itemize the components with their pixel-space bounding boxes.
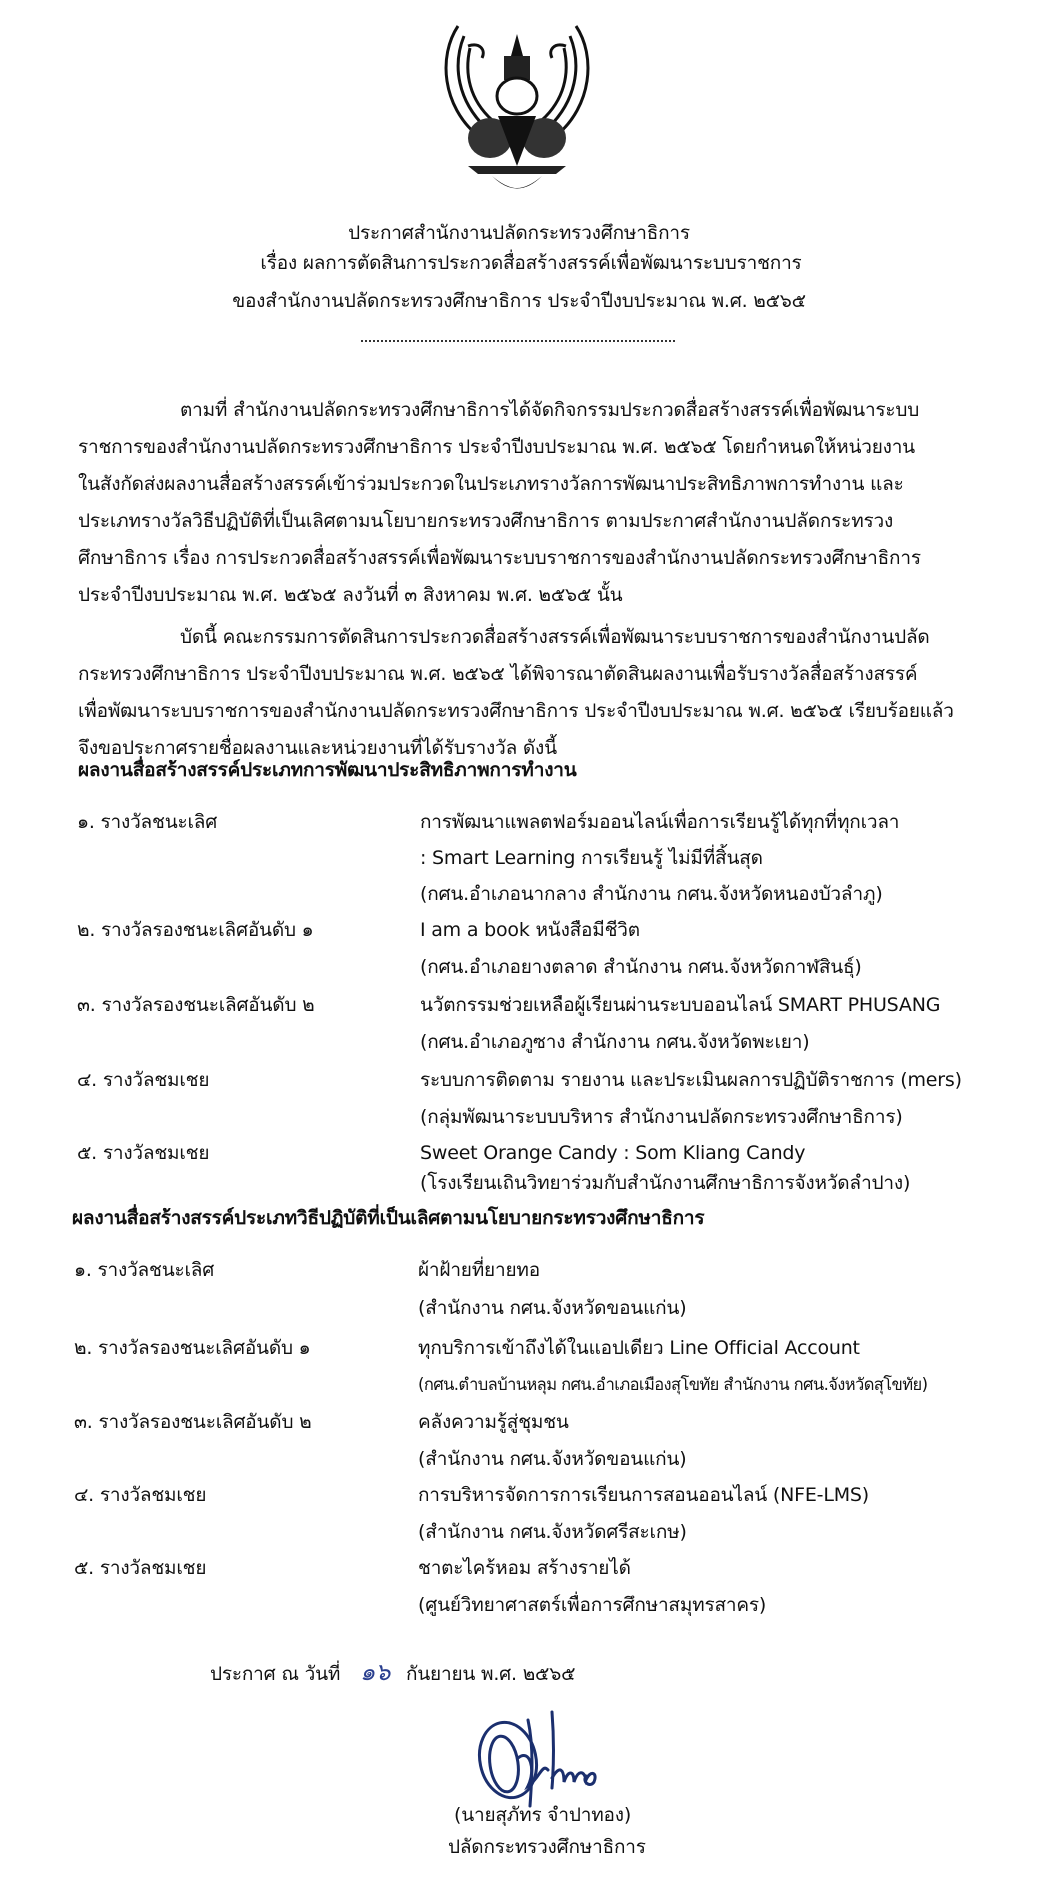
award-work-title: I am a book หนังสือมีชีวิต xyxy=(420,918,640,942)
paragraph-2-line: จึงขอประกาศรายชื่อผลงานและหน่วยงานที่ได้… xyxy=(78,736,557,760)
paragraph-1-line: ศึกษาธิการ เรื่อง การประกวดสื่อสร้างสรรค… xyxy=(78,546,921,570)
award-work-title: การพัฒนาแพลตฟอร์มออนไลน์เพื่อการเรียนรู้… xyxy=(420,810,899,834)
award-work-title: Sweet Orange Candy : Som Kliang Candy xyxy=(420,1141,805,1165)
paragraph-1-line: ตามที่ สำนักงานปลัดกระทรวงศึกษาธิการได้จ… xyxy=(180,398,919,422)
award-label: ๑. รางวัลชนะเลิศ xyxy=(74,1258,214,1282)
award-work-unit: (ศูนย์วิทยาศาสตร์เพื่อการศึกษาสมุทรสาคร) xyxy=(418,1593,766,1617)
award-work-unit: (สำนักงาน กศน.จังหวัดขอนแก่น) xyxy=(418,1296,686,1320)
announcement-subject-cont: ของสำนักงานปลัดกระทรวงศึกษาธิการ ประจำปี… xyxy=(0,289,1038,313)
award-label: ๒. รางวัลรองชนะเลิศอันดับ ๑ xyxy=(74,1336,311,1360)
award-work-title: คลังความรู้สู่ชุมชน xyxy=(418,1410,569,1434)
announcement-subject: เรื่อง ผลการตัดสินการประกวดสื่อสร้างสรรค… xyxy=(12,251,1038,275)
award-work-title: นวัตกรรมช่วยเหลือผู้เรียนผ่านระบบออนไลน์… xyxy=(420,993,940,1017)
award-label: ๔. รางวัลชมเชย xyxy=(77,1068,209,1092)
award-work-title-cont: : Smart Learning การเรียนรู้ ไม่มีที่สิ้… xyxy=(420,846,763,870)
award-label: ๔. รางวัลชมเชย xyxy=(74,1483,206,1507)
award-work-unit: (กศน.อำเภอภูซาง สำนักงาน กศน.จังหวัดพะเย… xyxy=(420,1030,809,1054)
award-work-unit: (กศน.ตำบลบ้านหลุม กศน.อำเภอเมืองสุโขทัย … xyxy=(418,1373,927,1397)
garuda-emblem-icon xyxy=(428,16,606,196)
paragraph-1-line: ราชการของสำนักงานปลัดกระทรวงศึกษาธิการ ป… xyxy=(78,435,915,459)
section-heading-efficiency: ผลงานสื่อสร้างสรรค์ประเภทการพัฒนาประสิทธ… xyxy=(78,758,577,782)
paragraph-1-line: ประเภทรางวัลวิธีปฏิบัติที่เป็นเลิศตามนโย… xyxy=(78,509,893,533)
paragraph-2-line: บัดนี้ คณะกรรมการตัดสินการประกวดสื่อสร้า… xyxy=(180,625,930,649)
award-work-unit: (กศน.อำเภอนากลาง สำนักงาน กศน.จังหวัดหนอ… xyxy=(420,882,883,906)
signer-title: ปลัดกระทรวงศึกษาธิการ xyxy=(448,1835,646,1859)
signature-icon xyxy=(470,1708,610,1808)
award-work-title: ชาตะไคร้หอม สร้างรายได้ xyxy=(418,1556,631,1580)
date-day-handwritten: ๑๖ xyxy=(360,1658,390,1686)
award-label: ๕. รางวัลชมเชย xyxy=(77,1141,209,1165)
award-label: ๑. รางวัลชนะเลิศ xyxy=(77,810,217,834)
section-heading-best-practice: ผลงานสื่อสร้างสรรค์ประเภทวิธีปฏิบัติที่เ… xyxy=(72,1206,704,1230)
separator-dotted-line xyxy=(361,340,675,342)
award-work-unit: (โรงเรียนเถินวิทยาร่วมกับสำนักงานศึกษาธิ… xyxy=(420,1171,910,1195)
paragraph-1-line: ในสังกัดส่งผลงานสื่อสร้างสรรค์เข้าร่วมปร… xyxy=(78,472,904,496)
award-label: ๓. รางวัลรองชนะเลิศอันดับ ๒ xyxy=(77,993,314,1017)
date-prefix: ประกาศ ณ วันที่ xyxy=(210,1663,340,1685)
award-label: ๓. รางวัลรองชนะเลิศอันดับ ๒ xyxy=(74,1410,311,1434)
award-work-title: ผ้าฝ้ายที่ยายทอ xyxy=(418,1258,540,1282)
paragraph-1-line: ประจำปีงบประมาณ พ.ศ. ๒๕๖๕ ลงวันที่ ๓ สิง… xyxy=(78,583,622,607)
paragraph-2-line: กระทรวงศึกษาธิการ ประจำปีงบประมาณ พ.ศ. ๒… xyxy=(78,662,917,686)
date-suffix: กันยายน พ.ศ. ๒๕๖๕ xyxy=(406,1663,575,1685)
award-work-unit: (กลุ่มพัฒนาระบบบริหาร สำนักงานปลัดกระทรว… xyxy=(420,1105,903,1129)
award-label: ๒. รางวัลรองชนะเลิศอันดับ ๑ xyxy=(77,918,314,942)
paragraph-2-line: เพื่อพัฒนาระบบราชการของสำนักงานปลัดกระทร… xyxy=(78,699,954,723)
award-work-title: ทุกบริการเข้าถึงได้ในแอปเดียว Line Offic… xyxy=(418,1336,860,1360)
award-label: ๕. รางวัลชมเชย xyxy=(74,1556,206,1580)
signer-name: (นายสุภัทร จำปาทอง) xyxy=(454,1803,631,1827)
announcement-date: ประกาศ ณ วันที่ ๑๖ กันยายน พ.ศ. ๒๕๖๕ xyxy=(210,1660,575,1686)
award-work-unit: (สำนักงาน กศน.จังหวัดขอนแก่น) xyxy=(418,1447,686,1471)
announcement-title: ประกาศสำนักงานปลัดกระทรวงศึกษาธิการ xyxy=(0,221,1038,245)
award-work-unit: (กศน.อำเภอยางตลาด สำนักงาน กศน.จังหวัดกา… xyxy=(420,955,862,979)
award-work-unit: (สำนักงาน กศน.จังหวัดศรีสะเกษ) xyxy=(418,1520,687,1544)
award-work-title: ระบบการติดตาม รายงาน และประเมินผลการปฏิบ… xyxy=(420,1068,962,1092)
award-work-title: การบริหารจัดการการเรียนการสอนออนไลน์ (NF… xyxy=(418,1483,869,1507)
